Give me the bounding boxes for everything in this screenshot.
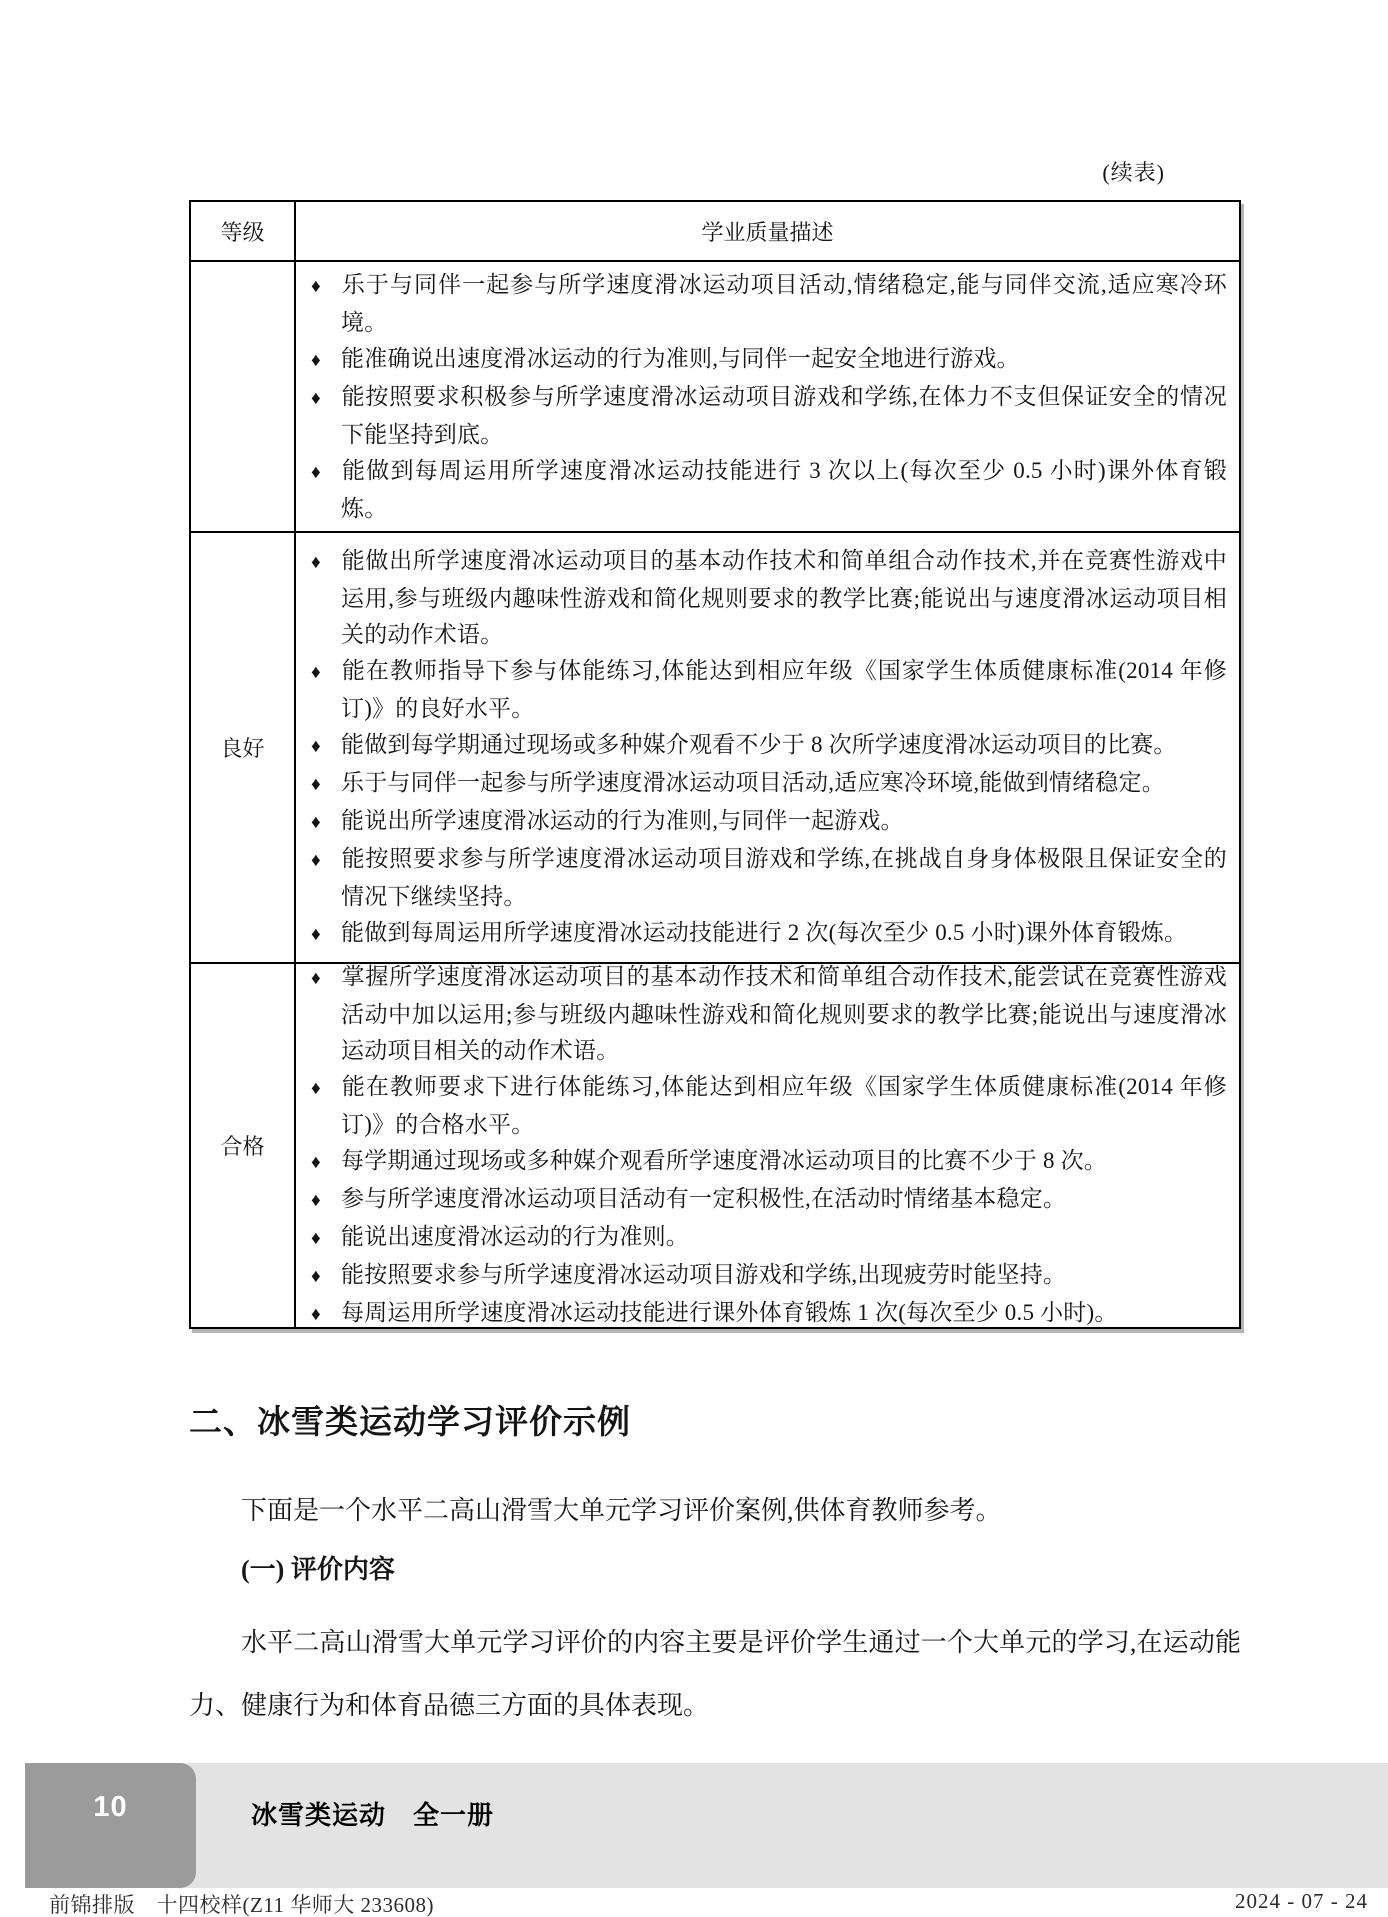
intro-paragraph: 下面是一个水平二高山滑雪大单元学习评价案例,供体育教师参考。: [189, 1479, 1241, 1542]
bullet-diamond-icon: ♦: [311, 767, 341, 803]
bullet-diamond-icon: ♦: [311, 1071, 341, 1107]
bullet-diamond-icon: ♦: [311, 843, 341, 879]
bullet-text: 能按照要求参与所学速度滑冰运动项目游戏和学练,出现疲劳时能坚持。: [341, 1262, 1066, 1287]
quality-bullet: ♦每周运用所学速度滑冰运动技能进行课外体育锻炼 1 次(每次至少 0.5 小时)…: [311, 1295, 1227, 1333]
bullet-diamond-icon: ♦: [311, 381, 341, 417]
quality-bullet: ♦参与所学速度滑冰运动项目活动有一定积极性,在活动时情绪基本稳定。: [311, 1181, 1227, 1219]
table-header-row: 等级 学业质量描述: [191, 202, 1239, 260]
quality-bullet: ♦能做到每学期通过现场或多种媒介观看不少于 8 次所学速度滑冰运动项目的比赛。: [311, 727, 1227, 765]
bullet-diamond-icon: ♦: [311, 655, 341, 691]
bullet-text: 每学期通过现场或多种媒介观看所学速度滑冰运动项目的比赛不少于 8 次。: [341, 1148, 1107, 1173]
quality-bullet: ♦每学期通过现场或多种媒介观看所学速度滑冰运动项目的比赛不少于 8 次。: [311, 1143, 1227, 1181]
quality-bullet: ♦乐于与同伴一起参与所学速度滑冰运动项目活动,情绪稳定,能与同伴交流,适应寒冷环…: [311, 267, 1227, 341]
description-cell: ♦能做出所学速度滑冰运动项目的基本动作技术和简单组合动作技术,并在竞赛性游戏中运…: [296, 533, 1239, 962]
bullet-text: 乐于与同伴一起参与所学速度滑冰运动项目活动,情绪稳定,能与同伴交流,适应寒冷环境…: [341, 272, 1227, 335]
quality-bullet: ♦能在教师要求下进行体能练习,体能达到相应年级《国家学生体质健康标准(2014 …: [311, 1069, 1227, 1143]
page-number-tab: 10: [25, 1763, 196, 1888]
bullet-diamond-icon: ♦: [311, 269, 341, 305]
bullet-text: 能说出速度滑冰运动的行为准则。: [341, 1224, 689, 1249]
bullet-text: 能做到每学期通过现场或多种媒介观看不少于 8 次所学速度滑冰运动项目的比赛。: [341, 732, 1177, 757]
bullet-diamond-icon: ♦: [311, 1259, 341, 1295]
quality-bullet: ♦能按照要求参与所学速度滑冰运动项目游戏和学练,出现疲劳时能坚持。: [311, 1257, 1227, 1295]
bullet-text: 能做到每周运用所学速度滑冰运动技能进行 3 次以上(每次至少 0.5 小时)课外…: [341, 458, 1227, 521]
bullet-diamond-icon: ♦: [311, 545, 341, 581]
quality-bullet: ♦能在教师指导下参与体能练习,体能达到相应年级《国家学生体质健康标准(2014 …: [311, 653, 1227, 727]
description-header-cell: 学业质量描述: [296, 202, 1239, 260]
bullet-diamond-icon: ♦: [311, 1183, 341, 1219]
footer-band: [25, 1763, 1388, 1888]
description-cell: ♦掌握所学速度滑冰运动项目的基本动作技术和简单组合动作技术,能尝试在竞赛性游戏活…: [296, 964, 1239, 1327]
document-page: (续表) 等级 学业质量描述 ♦乐于与同伴一起参与所学速度滑冰运动项目活动,情绪…: [0, 0, 1388, 1917]
bullet-text: 掌握所学速度滑冰运动项目的基本动作技术和简单组合动作技术,能尝试在竞赛性游戏活动…: [341, 964, 1227, 1063]
bullet-text: 能做出所学速度滑冰运动项目的基本动作技术和简单组合动作技术,并在竞赛性游戏中运用…: [341, 548, 1227, 647]
quality-bullet: ♦能说出所学速度滑冰运动的行为准则,与同伴一起游戏。: [311, 803, 1227, 841]
quality-bullet: ♦能做到每周运用所学速度滑冰运动技能进行 2 次(每次至少 0.5 小时)课外体…: [311, 915, 1227, 953]
bullet-text: 能按照要求参与所学速度滑冰运动项目游戏和学练,在挑战自身身体极限且保证安全的情况…: [341, 846, 1227, 909]
body-paragraph: 水平二高山滑雪大单元学习评价的内容主要是评价学生通过一个大单元的学习,在运动能力…: [189, 1611, 1241, 1737]
bullet-diamond-icon: ♦: [311, 805, 341, 841]
table-row: ♦乐于与同伴一起参与所学速度滑冰运动项目活动,情绪稳定,能与同伴交流,适应寒冷环…: [191, 260, 1239, 531]
bullet-diamond-icon: ♦: [311, 1145, 341, 1181]
bullet-text: 每周运用所学速度滑冰运动技能进行课外体育锻炼 1 次(每次至少 0.5 小时)。: [341, 1300, 1118, 1325]
bullet-text: 能按照要求积极参与所学速度滑冰运动项目游戏和学练,在体力不支但保证安全的情况下能…: [341, 384, 1227, 447]
quality-bullet: ♦能准确说出速度滑冰运动的行为准则,与同伴一起安全地进行游戏。: [311, 341, 1227, 379]
bullet-diamond-icon: ♦: [311, 1297, 341, 1333]
quality-bullet: ♦能按照要求参与所学速度滑冰运动项目游戏和学练,在挑战自身身体极限且保证安全的情…: [311, 841, 1227, 915]
quality-table: 等级 学业质量描述 ♦乐于与同伴一起参与所学速度滑冰运动项目活动,情绪稳定,能与…: [189, 200, 1241, 1329]
proof-date: 2024 - 07 - 24: [1235, 1889, 1368, 1914]
bullet-text: 能准确说出速度滑冰运动的行为准则,与同伴一起安全地进行游戏。: [341, 346, 1020, 371]
quality-bullet: ♦能做出所学速度滑冰运动项目的基本动作技术和简单组合动作技术,并在竞赛性游戏中运…: [311, 543, 1227, 653]
sub-heading: (一) 评价内容: [189, 1549, 1241, 1586]
bullet-text: 能做到每周运用所学速度滑冰运动技能进行 2 次(每次至少 0.5 小时)课外体育…: [341, 920, 1187, 945]
quality-bullet: ♦能按照要求积极参与所学速度滑冰运动项目游戏和学练,在体力不支但保证安全的情况下…: [311, 379, 1227, 453]
bullet-text: 能说出所学速度滑冰运动的行为准则,与同伴一起游戏。: [341, 808, 904, 833]
grade-cell: 合格: [191, 964, 296, 1327]
bullet-diamond-icon: ♦: [311, 961, 341, 997]
section-heading: 二、冰雪类运动学习评价示例: [189, 1396, 631, 1443]
bullet-diamond-icon: ♦: [311, 1221, 341, 1257]
book-title: 冰雪类运动 全一册: [251, 1795, 494, 1832]
description-cell: ♦乐于与同伴一起参与所学速度滑冰运动项目活动,情绪稳定,能与同伴交流,适应寒冷环…: [296, 262, 1239, 531]
grade-cell: [191, 262, 296, 531]
bullet-diamond-icon: ♦: [311, 729, 341, 765]
bullet-diamond-icon: ♦: [311, 343, 341, 379]
grade-cell: 良好: [191, 533, 296, 962]
bullet-diamond-icon: ♦: [311, 455, 341, 491]
quality-bullet: ♦乐于与同伴一起参与所学速度滑冰运动项目活动,适应寒冷环境,能做到情绪稳定。: [311, 765, 1227, 803]
quality-bullet: ♦掌握所学速度滑冰运动项目的基本动作技术和简单组合动作技术,能尝试在竞赛性游戏活…: [311, 959, 1227, 1069]
bullet-diamond-icon: ♦: [311, 917, 341, 953]
print-info: 前锦排版 十四校样(Z11 华师大 233608): [49, 1889, 434, 1917]
table-row: 良好 ♦能做出所学速度滑冰运动项目的基本动作技术和简单组合动作技术,并在竞赛性游…: [191, 531, 1239, 962]
quality-bullet: ♦能做到每周运用所学速度滑冰运动技能进行 3 次以上(每次至少 0.5 小时)课…: [311, 453, 1227, 527]
page-number: 10: [93, 1791, 127, 1824]
bullet-text: 乐于与同伴一起参与所学速度滑冰运动项目活动,适应寒冷环境,能做到情绪稳定。: [341, 770, 1165, 795]
grade-header-cell: 等级: [191, 202, 296, 260]
quality-bullet: ♦能说出速度滑冰运动的行为准则。: [311, 1219, 1227, 1257]
continuation-note: (续表): [1102, 156, 1165, 187]
bullet-text: 能在教师指导下参与体能练习,体能达到相应年级《国家学生体质健康标准(2014 年…: [341, 658, 1227, 721]
bullet-text: 能在教师要求下进行体能练习,体能达到相应年级《国家学生体质健康标准(2014 年…: [341, 1074, 1227, 1137]
table-row: 合格 ♦掌握所学速度滑冰运动项目的基本动作技术和简单组合动作技术,能尝试在竞赛性…: [191, 962, 1239, 1327]
bullet-text: 参与所学速度滑冰运动项目活动有一定积极性,在活动时情绪基本稳定。: [341, 1186, 1066, 1211]
